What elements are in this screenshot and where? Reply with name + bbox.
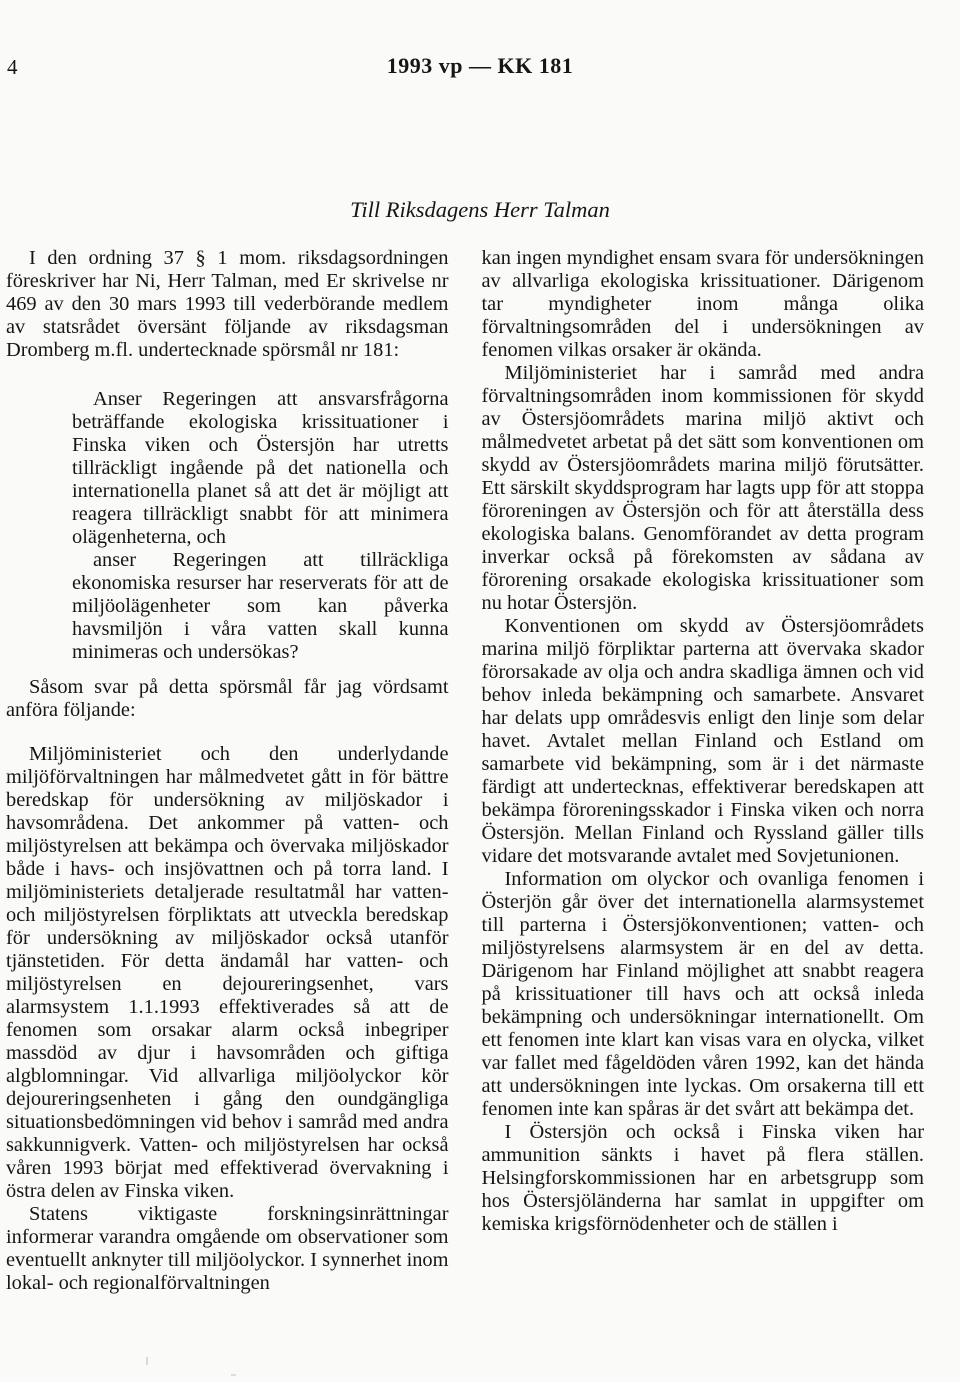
right-column: kan ingen myndighet ensam svara för unde… bbox=[482, 247, 925, 1295]
question-paragraph: Anser Regeringen att ansvarsfrågorna bet… bbox=[72, 388, 449, 549]
two-column-text-body: I den ordning 37 § 1 mom. riksdagsordnin… bbox=[6, 247, 924, 1295]
quoted-question-block: Anser Regeringen att ansvarsfrågorna bet… bbox=[72, 388, 449, 664]
scan-artifact bbox=[231, 1374, 236, 1376]
document-page: { "page": { "number": "4", "header": "19… bbox=[0, 0, 960, 1382]
answer-intro-paragraph: Såsom svar på detta spörsmål får jag vör… bbox=[6, 676, 449, 722]
body-paragraph: Konventionen om skydd av Östersjöområdet… bbox=[482, 615, 925, 868]
body-paragraph: Miljöministeriet och den underlydande mi… bbox=[6, 743, 449, 1203]
body-paragraph: Statens viktigaste forskningsinrättninga… bbox=[6, 1203, 449, 1295]
question-paragraph: anser Regeringen att tillräckliga ekonom… bbox=[72, 549, 449, 664]
body-paragraph: Miljöministeriet har i samråd med andra … bbox=[482, 362, 925, 615]
salutation-line: Till Riksdagens Herr Talman bbox=[0, 196, 960, 224]
left-column: I den ordning 37 § 1 mom. riksdagsordnin… bbox=[6, 247, 449, 1295]
body-paragraph: I Östersjön och också i Finska viken har… bbox=[482, 1121, 925, 1236]
body-paragraph: Information om olyckor och ovanliga feno… bbox=[482, 868, 925, 1121]
body-paragraph: kan ingen myndighet ensam svara för unde… bbox=[482, 247, 925, 362]
document-header-title: 1993 vp — KK 181 bbox=[0, 53, 960, 79]
intro-paragraph: I den ordning 37 § 1 mom. riksdagsordnin… bbox=[6, 247, 449, 362]
scan-artifact bbox=[146, 1357, 148, 1365]
